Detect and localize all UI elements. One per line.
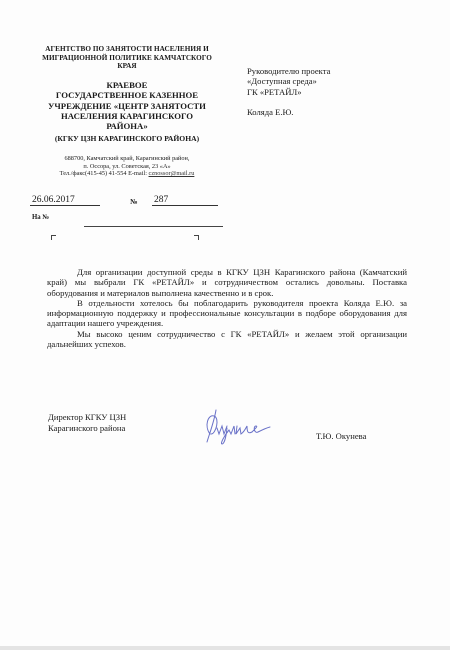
page-bottom-edge xyxy=(0,646,450,650)
postal-address: 688700, Камчатский край, Карагинский рай… xyxy=(22,155,232,178)
address-line: 688700, Камчатский край, Карагинский рай… xyxy=(22,155,232,163)
signatory-title-line: Карагинского района xyxy=(48,423,126,434)
handwritten-signature-icon xyxy=(200,404,275,446)
letterhead: АГЕНТСТВО ПО ЗАНЯТОСТИ НАСЕЛЕНИЯ И МИГРА… xyxy=(22,45,232,178)
reference-label: На № xyxy=(32,214,49,221)
email-link[interactable]: cznossor@mail.ru xyxy=(149,170,195,177)
institution-line: УЧРЕЖДЕНИЕ «ЦЕНТР ЗАНЯТОСТИ xyxy=(22,101,232,111)
institution-line: РАЙОНА» xyxy=(22,121,232,131)
corner-mark-right xyxy=(194,235,199,240)
address-line: п. Оссора, ул. Советская, 23 «А» xyxy=(22,163,232,171)
corner-mark-left xyxy=(51,235,56,240)
registration-date: 26.06.2017 xyxy=(30,195,100,206)
contact-line: Тел./факс(415-45) 41-554 E-mail: cznosso… xyxy=(22,170,232,178)
institution-line: КРАЕВОЕ xyxy=(22,80,232,90)
agency-line: КРАЯ xyxy=(22,62,232,71)
addressee-block: Руководителю проекта «Доступная среда» Г… xyxy=(247,66,330,117)
institution-line: НАСЕЛЕНИЯ КАРАГИНСКОГО xyxy=(22,111,232,121)
body-paragraph: В отдельности хотелось бы поблагодарить … xyxy=(47,298,407,329)
addressee-name: Коляда Е.Ю. xyxy=(247,107,330,117)
letter-page: АГЕНТСТВО ПО ЗАНЯТОСТИ НАСЕЛЕНИЯ И МИГРА… xyxy=(0,0,450,646)
registration-number: 287 xyxy=(152,195,218,206)
signatory-name: Т.Ю. Окунева xyxy=(316,431,366,441)
number-label: № xyxy=(130,197,138,206)
signatory-title-line: Директор КГКУ ЦЗН xyxy=(48,412,126,423)
body-paragraph: Для организации доступной среды в КГКУ Ц… xyxy=(47,267,407,298)
agency-line: МИГРАЦИОННОЙ ПОЛИТИКЕ КАМЧАТСКОГО xyxy=(22,54,232,63)
signatory-title: Директор КГКУ ЦЗН Карагинского района xyxy=(48,412,126,433)
agency-line: АГЕНТСТВО ПО ЗАНЯТОСТИ НАСЕЛЕНИЯ И xyxy=(22,45,232,54)
letter-body: Для организации доступной среды в КГКУ Ц… xyxy=(47,267,407,349)
institution-name: КРАЕВОЕ ГОСУДАРСТВЕННОЕ КАЗЕННОЕ УЧРЕЖДЕ… xyxy=(22,80,232,132)
addressee-line: «Доступная среда» xyxy=(247,76,330,86)
institution-line: ГОСУДАРСТВЕННОЕ КАЗЕННОЕ xyxy=(22,90,232,100)
addressee-line: Руководителю проекта xyxy=(247,66,330,76)
institution-abbreviation: (КГКУ ЦЗН КАРАГИНСКОГО РАЙОНА) xyxy=(22,134,232,144)
reference-line xyxy=(84,226,223,227)
body-paragraph: Мы высоко ценим сотрудничество с ГК «РЕТ… xyxy=(47,329,407,350)
agency-name: АГЕНТСТВО ПО ЗАНЯТОСТИ НАСЕЛЕНИЯ И МИГРА… xyxy=(22,45,232,71)
addressee-line: ГК «РЕТАЙЛ» xyxy=(247,87,330,97)
phone-fax: Тел./факс(415-45) 41-554 E-mail: xyxy=(60,170,149,177)
